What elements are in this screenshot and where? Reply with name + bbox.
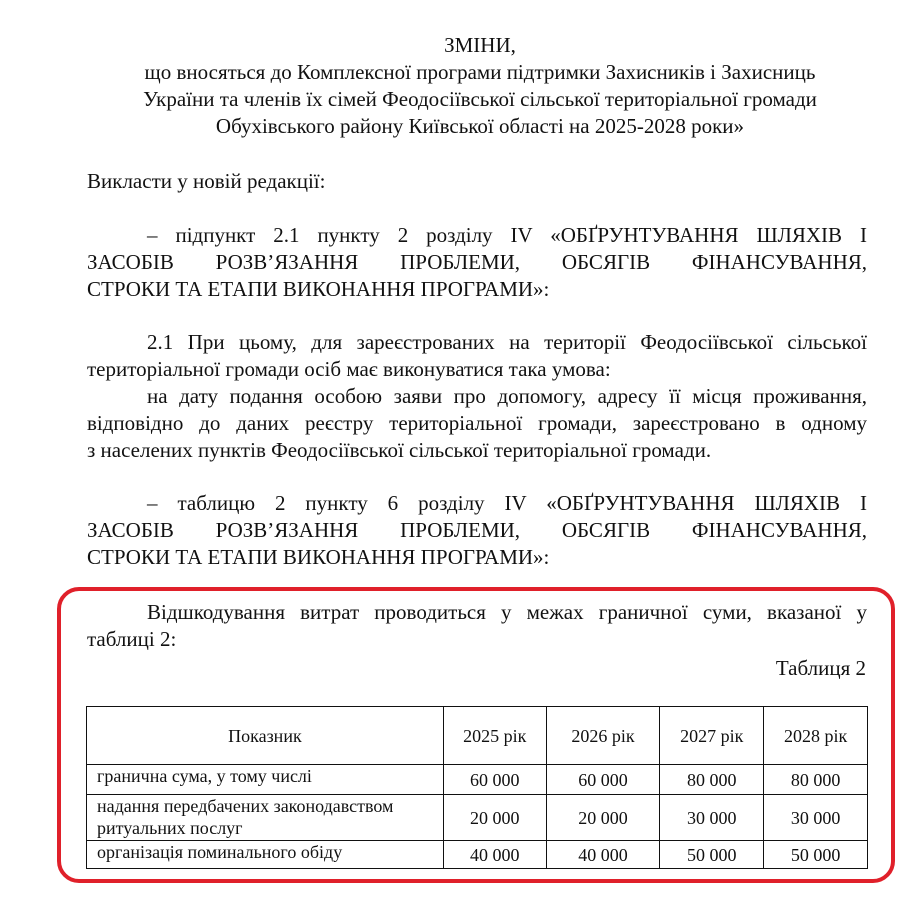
value-cell: 50 000 — [660, 841, 764, 869]
value-cell: 30 000 — [660, 795, 764, 841]
value-cell: 80 000 — [764, 765, 868, 795]
table-row: організація поминального обіду 40 000 40… — [87, 841, 868, 869]
value-cell: 40 000 — [443, 841, 546, 869]
clause-line-5: з населених пунктів Феодосіївської сільс… — [87, 437, 867, 464]
header-indicator: Показник — [87, 707, 444, 765]
table-header-row: Показник 2025 рік 2026 рік 2027 рік 2028… — [87, 707, 868, 765]
table-caption: Таблиця 2 — [776, 655, 866, 682]
title-heading: ЗМІНИ, — [60, 32, 900, 59]
value-cell: 60 000 — [546, 765, 660, 795]
document-page: ЗМІНИ, що вносяться до Комплексної прогр… — [0, 0, 921, 899]
intro-paragraph: Викласти у новій редакції: — [87, 168, 867, 195]
limits-table: Показник 2025 рік 2026 рік 2027 рік 2028… — [86, 706, 868, 869]
clause-line-4: відповідно до даних реєстру територіальн… — [87, 410, 867, 437]
title-line-3: Обухівського району Київської області на… — [60, 113, 900, 140]
row-label: організація поминального обіду — [87, 841, 444, 869]
header-2026: 2026 рік — [546, 707, 660, 765]
reimbursement-line-1: Відшкодування витрат проводиться у межах… — [87, 599, 867, 626]
value-cell: 40 000 — [546, 841, 660, 869]
value-cell: 20 000 — [546, 795, 660, 841]
title-line-1: що вносяться до Комплексної програми під… — [60, 59, 900, 86]
clause-line-1: 2.1 При цьому, для зареєстрованих на тер… — [87, 329, 867, 356]
value-cell: 60 000 — [443, 765, 546, 795]
row-label: гранична сума, у тому числі — [87, 765, 444, 795]
clause-line-2: територіальної громади осіб має виконува… — [87, 356, 867, 383]
reimbursement-line-2: таблиці 2: — [87, 626, 867, 653]
intro-text: Викласти у новій редакції: — [87, 168, 867, 195]
clause-2-1-paragraph: 2.1 При цьому, для зареєстрованих на тер… — [87, 329, 867, 464]
value-cell: 80 000 — [660, 765, 764, 795]
clause-line-3: на дату подання особою заяви про допомог… — [87, 383, 867, 410]
item2-paragraph: – таблицю 2 пункту 6 розділу IV «ОБҐРУНТ… — [87, 490, 867, 571]
row-label: надання передбачених законодавством риту… — [87, 795, 444, 841]
row-label-line-1: надання передбачених законодавством — [97, 795, 433, 817]
table-row: гранична сума, у тому числі 60 000 60 00… — [87, 765, 868, 795]
item2-line-1: – таблицю 2 пункту 6 розділу IV «ОБҐРУНТ… — [87, 490, 867, 517]
header-2025: 2025 рік — [443, 707, 546, 765]
document-title: ЗМІНИ, що вносяться до Комплексної прогр… — [60, 32, 900, 140]
item1-line-3: СТРОКИ ТА ЕТАПИ ВИКОНАННЯ ПРОГРАМИ»: — [87, 276, 867, 303]
value-cell: 30 000 — [764, 795, 868, 841]
item1-line-2: ЗАСОБІВ РОЗВ’ЯЗАННЯ ПРОБЛЕМИ, ОБСЯГІВ ФІ… — [87, 249, 867, 276]
item2-line-2: ЗАСОБІВ РОЗВ’ЯЗАННЯ ПРОБЛЕМИ, ОБСЯГІВ ФІ… — [87, 517, 867, 544]
item1-paragraph: – підпункт 2.1 пункту 2 розділу IV «ОБҐР… — [87, 222, 867, 303]
reimbursement-paragraph: Відшкодування витрат проводиться у межах… — [87, 599, 867, 653]
title-line-2: України та членів їх сімей Феодосіївсько… — [60, 86, 900, 113]
row-label-line-2: ритуальних послуг — [97, 817, 433, 839]
header-2027: 2027 рік — [660, 707, 764, 765]
header-2028: 2028 рік — [764, 707, 868, 765]
table-row: надання передбачених законодавством риту… — [87, 795, 868, 841]
item2-line-3: СТРОКИ ТА ЕТАПИ ВИКОНАННЯ ПРОГРАМИ»: — [87, 544, 867, 571]
value-cell: 20 000 — [443, 795, 546, 841]
item1-line-1: – підпункт 2.1 пункту 2 розділу IV «ОБҐР… — [87, 222, 867, 249]
value-cell: 50 000 — [764, 841, 868, 869]
